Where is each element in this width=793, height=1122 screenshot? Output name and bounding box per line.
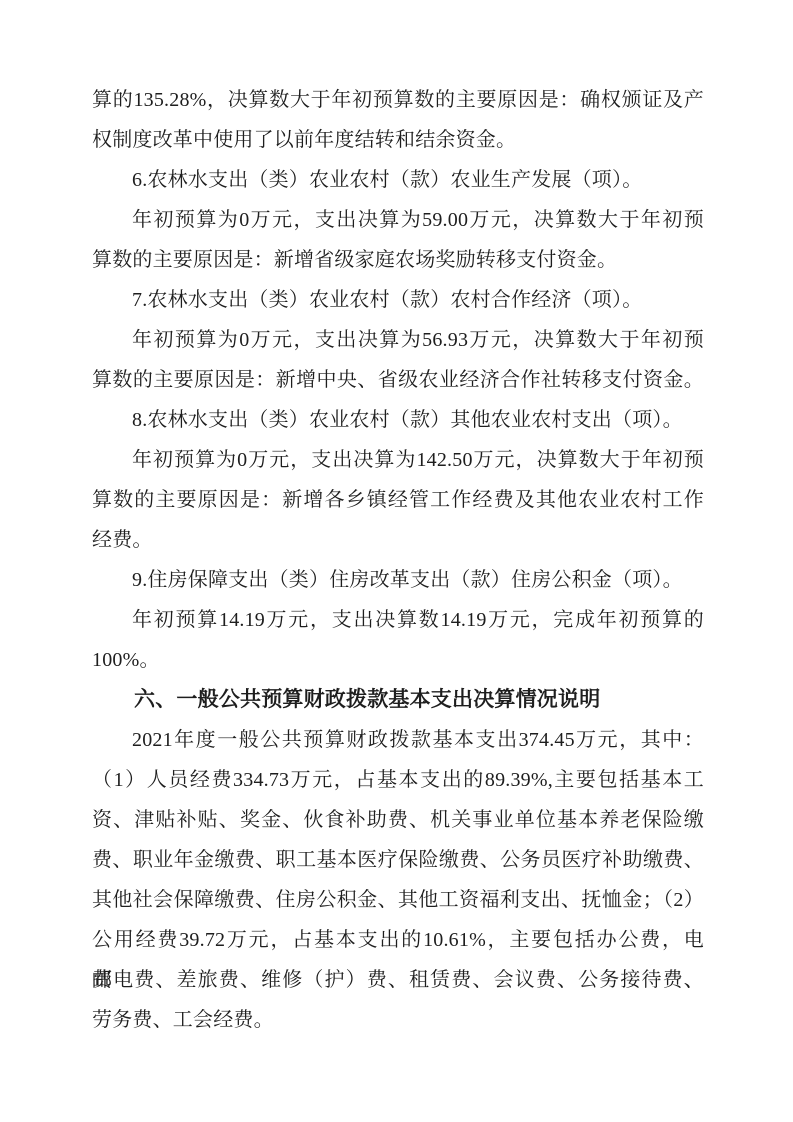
text-line: 邮电费、差旅费、维修（护）费、租赁费、会议费、公务接待费、 bbox=[92, 960, 704, 1000]
text-line: 算的135.28%，决算数大于年初预算数的主要原因是：确权颁证及产 bbox=[92, 80, 704, 120]
text-line: 年初预算为0万元，支出决算为56.93万元，决算数大于年初预 bbox=[92, 320, 704, 360]
text-line: 劳务费、工会经费。 bbox=[92, 1000, 704, 1040]
text-line: 其他社会保障缴费、住房公积金、其他工资福利支出、抚恤金；（2） bbox=[92, 880, 704, 920]
document-page: 算的135.28%，决算数大于年初预算数的主要原因是：确权颁证及产 权制度改革中… bbox=[0, 0, 793, 1122]
text-line: 年初预算为0万元，支出决算为59.00万元，决算数大于年初预 bbox=[92, 200, 704, 240]
section-heading: 六、一般公共预算财政拨款基本支出决算情况说明 bbox=[92, 680, 704, 720]
text-line: 公用经费39.72万元，占基本支出的10.61%，主要包括办公费，电费、 bbox=[92, 920, 704, 960]
text-line: 算数的主要原因是：新增各乡镇经管工作经费及其他农业农村工作 bbox=[92, 480, 704, 520]
list-item-6: 6.农林水支出（类）农业农村（款）农业生产发展（项）。 bbox=[92, 160, 704, 200]
text-line: 资、津贴补贴、奖金、伙食补助费、机关事业单位基本养老保险缴 bbox=[92, 800, 704, 840]
text-line: 年初预算为0万元，支出决算为142.50万元，决算数大于年初预 bbox=[92, 440, 704, 480]
text-line: 权制度改革中使用了以前年度结转和结余资金。 bbox=[92, 120, 704, 160]
document-text-block: 算的135.28%，决算数大于年初预算数的主要原因是：确权颁证及产 权制度改革中… bbox=[0, 0, 793, 1040]
text-line: 2021年度一般公共预算财政拨款基本支出374.45万元，其中： bbox=[92, 720, 704, 760]
list-item-9: 9.住房保障支出（类）住房改革支出（款）住房公积金（项）。 bbox=[92, 560, 704, 600]
list-item-8: 8.农林水支出（类）农业农村（款）其他农业农村支出（项）。 bbox=[92, 400, 704, 440]
text-line: 经费。 bbox=[92, 520, 704, 560]
text-line: 算数的主要原因是：新增中央、省级农业经济合作社转移支付资金。 bbox=[92, 360, 704, 400]
text-line: （1）人员经费334.73万元，占基本支出的89.39%,主要包括基本工 bbox=[92, 760, 704, 800]
text-line: 算数的主要原因是：新增省级家庭农场奖励转移支付资金。 bbox=[92, 240, 704, 280]
list-item-7: 7.农林水支出（类）农业农村（款）农村合作经济（项）。 bbox=[92, 280, 704, 320]
text-line: 100%。 bbox=[92, 640, 704, 680]
text-line: 费、职业年金缴费、职工基本医疗保险缴费、公务员医疗补助缴费、 bbox=[92, 840, 704, 880]
text-line: 年初预算14.19万元，支出决算数14.19万元，完成年初预算的 bbox=[92, 600, 704, 640]
